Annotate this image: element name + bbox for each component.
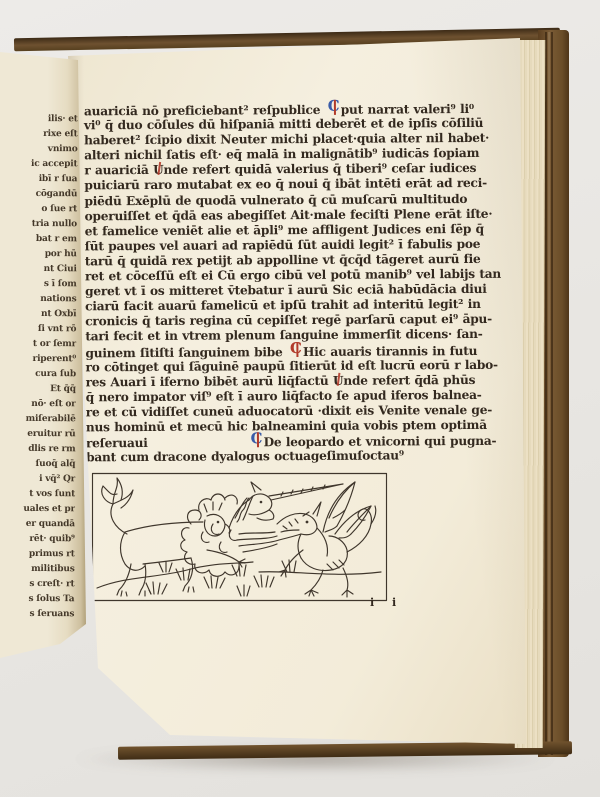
fragment-line: por hū: [1, 247, 77, 263]
rubricated-capital: U: [153, 163, 163, 177]
fragment-line: o ſue rt: [1, 202, 77, 218]
fragment-line: militibus: [0, 562, 75, 578]
breath-lines: [237, 532, 279, 552]
fragment-line: tria nullo: [1, 217, 77, 233]
fragment-line: vnimo: [1, 142, 77, 158]
fragment-line: ilis· et: [2, 112, 78, 128]
fragment-line: cura ſub: [0, 367, 76, 383]
fragment-line: s ſeruans: [0, 607, 74, 623]
fragment-line: t vos ſunt: [0, 487, 75, 503]
grass-tufts: [146, 560, 296, 596]
fragment-line: i vq̄² Qr: [0, 472, 75, 488]
line-gap: [148, 446, 248, 447]
recto-page: auariciā nō preficiebant² reſpublice put…: [58, 36, 526, 748]
fragment-line: s ī ſom: [1, 277, 77, 293]
fragment-line: er quandā: [0, 517, 75, 533]
text-block: auariciā nō preficiebant² reſpublice put…: [84, 101, 528, 466]
fragment-line: uales et pr: [0, 502, 75, 518]
blind-fillet-line: [545, 32, 547, 755]
fragment-line: cōgandū: [1, 187, 77, 203]
left-page-fragments: ilis· etrixe eſtvnimoic accepitibī r ſua…: [0, 112, 78, 623]
fragment-line: ſuoq̄ alq̄: [0, 457, 75, 473]
fillet-highlight-line: [548, 32, 550, 755]
fragment-line: t or ſemr: [0, 337, 76, 353]
fragment-line: Et q̄q̄: [0, 382, 76, 398]
blind-fillet-line: [551, 32, 553, 755]
fragment-line: ſi vnt rō: [0, 322, 76, 338]
woodcut-svg: [91, 472, 388, 602]
fragment-line: nations: [0, 292, 76, 308]
fragment-line: s creſt· rt: [0, 577, 75, 593]
fragment-line: nt Oxbī: [0, 307, 76, 323]
woodcut-illustration: [91, 472, 388, 602]
fragment-line: rixe eſt: [2, 127, 78, 143]
capitulum-mark: [251, 434, 262, 447]
fragment-line: riperent⁰: [0, 352, 76, 368]
text-line: reſeruauiDe leopardo et vnicorni qui pug…: [86, 433, 528, 451]
fragment-line: bat r em: [1, 232, 77, 248]
fragment-line: eruitur rū: [0, 427, 76, 443]
fragment-line: miſerabilē: [0, 412, 76, 428]
capitulum-mark: [328, 102, 339, 115]
signature-mark: i i: [370, 596, 403, 609]
dragon-figure: [277, 482, 376, 597]
fragment-line: nō· eſt or: [0, 397, 76, 413]
rubricated-capital: U: [333, 373, 343, 387]
text-line: bant cum dracone dyalogus octuageſimuſoc…: [86, 448, 528, 466]
leopard-figure: [102, 478, 245, 596]
capitulum-mark: [290, 344, 301, 357]
fragment-line: nt Ciui: [1, 262, 77, 278]
facing-verso-page: ilis· etrixe eſtvnimoic accepitibī r ſua…: [0, 44, 86, 658]
fragment-line: s ſolus Ta: [0, 592, 74, 608]
fragment-line: dlis re rm: [0, 442, 75, 458]
fragment-line: ic accepit: [1, 157, 77, 173]
fragment-line: rēt· quib⁹: [0, 532, 75, 548]
fragment-line: primus rt: [0, 547, 75, 563]
fragment-line: ibī r ſua: [1, 172, 77, 188]
